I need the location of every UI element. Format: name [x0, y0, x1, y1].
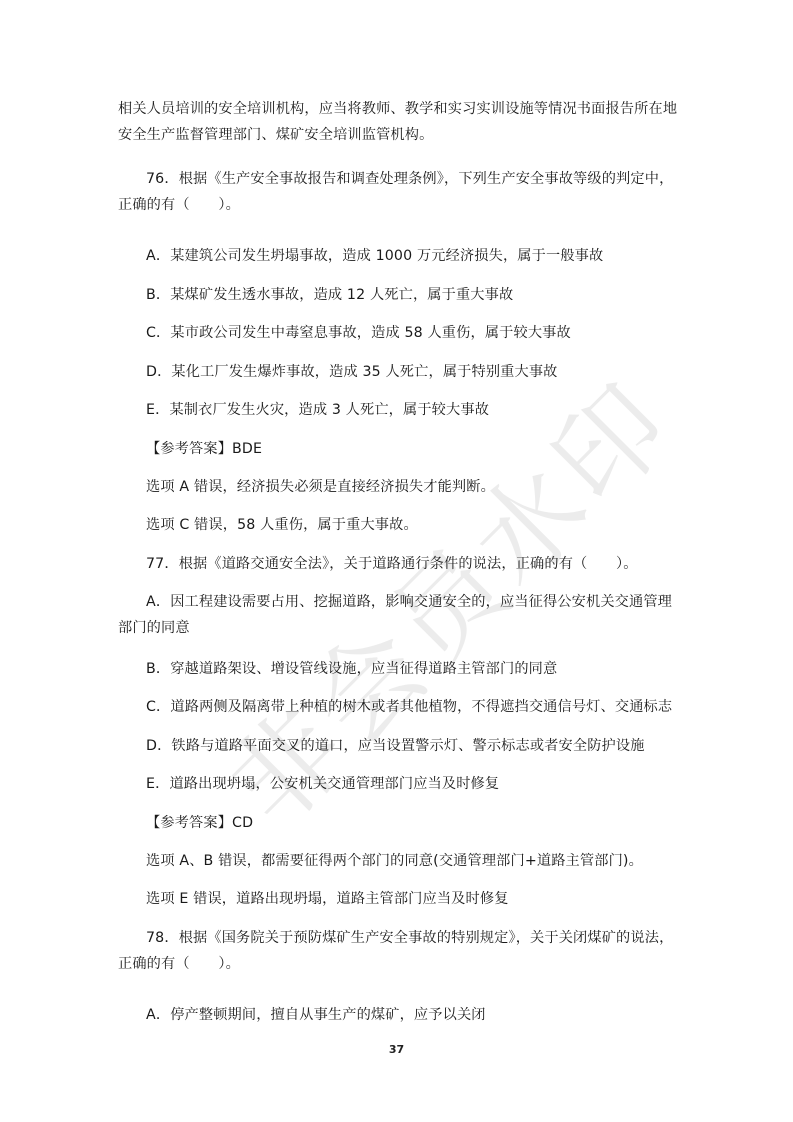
question-78-option-a: A．停产整顿期间，擅自从事生产的煤矿，应予以关闭 [146, 1002, 678, 1028]
question-77-option-d: D．铁路与道路平面交叉的道口，应当设置警示灯、警示标志或者安全防护设施 [146, 733, 678, 759]
question-77-option-b: B．穿越道路架设、增设管线设施，应当征得道路主管部门的同意 [146, 656, 678, 682]
question-77-stem: 77．根据《道路交通安全法》，关于道路通行条件的说法，正确的有（ ）。 [118, 551, 678, 577]
question-77-option-e: E．道路出现坍塌，公安机关交通管理部门应当及时修复 [146, 771, 678, 797]
question-78-stem: 78．根据《国务院关于预防煤矿生产安全事故的特别规定》，关于关闭煤矿的说法，正确… [118, 925, 678, 977]
question-76-option-a: A．某建筑公司发生坍塌事故，造成 1000 万元经济损失，属于一般事故 [146, 243, 678, 269]
question-77-answer: 【参考答案】CD [146, 810, 706, 836]
question-76-option-b: B．某煤矿发生透水事故，造成 12 人死亡，属于重大事故 [146, 282, 678, 308]
question-76-option-c: C．某市政公司发生中毒窒息事故，造成 58 人重伤，属于较大事故 [146, 320, 678, 346]
question-76-answer: 【参考答案】BDE [146, 436, 706, 462]
question-76-explanation-a: 选项 A 错误，经济损失必须是直接经济损失才能判断。 [146, 474, 706, 500]
page-number: 37 [0, 1043, 793, 1056]
document-page: 非会员水印 相关人员培训的安全培训机构，应当将教师、教学和实习实训设施等情况书面… [0, 0, 793, 1122]
intro-paragraph: 相关人员培训的安全培训机构，应当将教师、教学和实习实训设施等情况书面报告所在地安… [118, 96, 678, 148]
question-76-explanation-c: 选项 C 错误，58 人重伤，属于重大事故。 [146, 512, 706, 538]
question-77-explanation-e: 选项 E 错误，道路出现坍塌，道路主管部门应当及时修复 [146, 886, 706, 912]
question-77-option-a: A．因工程建设需要占用、挖掘道路，影响交通安全的，应当征得公安机关交通管理部门的… [118, 589, 678, 641]
question-76-option-d: D．某化工厂发生爆炸事故，造成 35 人死亡，属于特别重大事故 [146, 359, 678, 385]
question-77-option-c: C．道路两侧及隔离带上种植的树木或者其他植物，不得遮挡交通信号灯、交通标志 [146, 694, 678, 720]
question-76-stem: 76．根据《生产安全事故报告和调查处理条例》，下列生产安全事故等级的判定中，正确… [118, 166, 678, 218]
question-77-explanation-ab: 选项 A、B 错误，都需要征得两个部门的同意(交通管理部门+道路主管部门)。 [146, 848, 706, 874]
question-76-option-e: E．某制衣厂发生火灾，造成 3 人死亡，属于较大事故 [146, 397, 678, 423]
